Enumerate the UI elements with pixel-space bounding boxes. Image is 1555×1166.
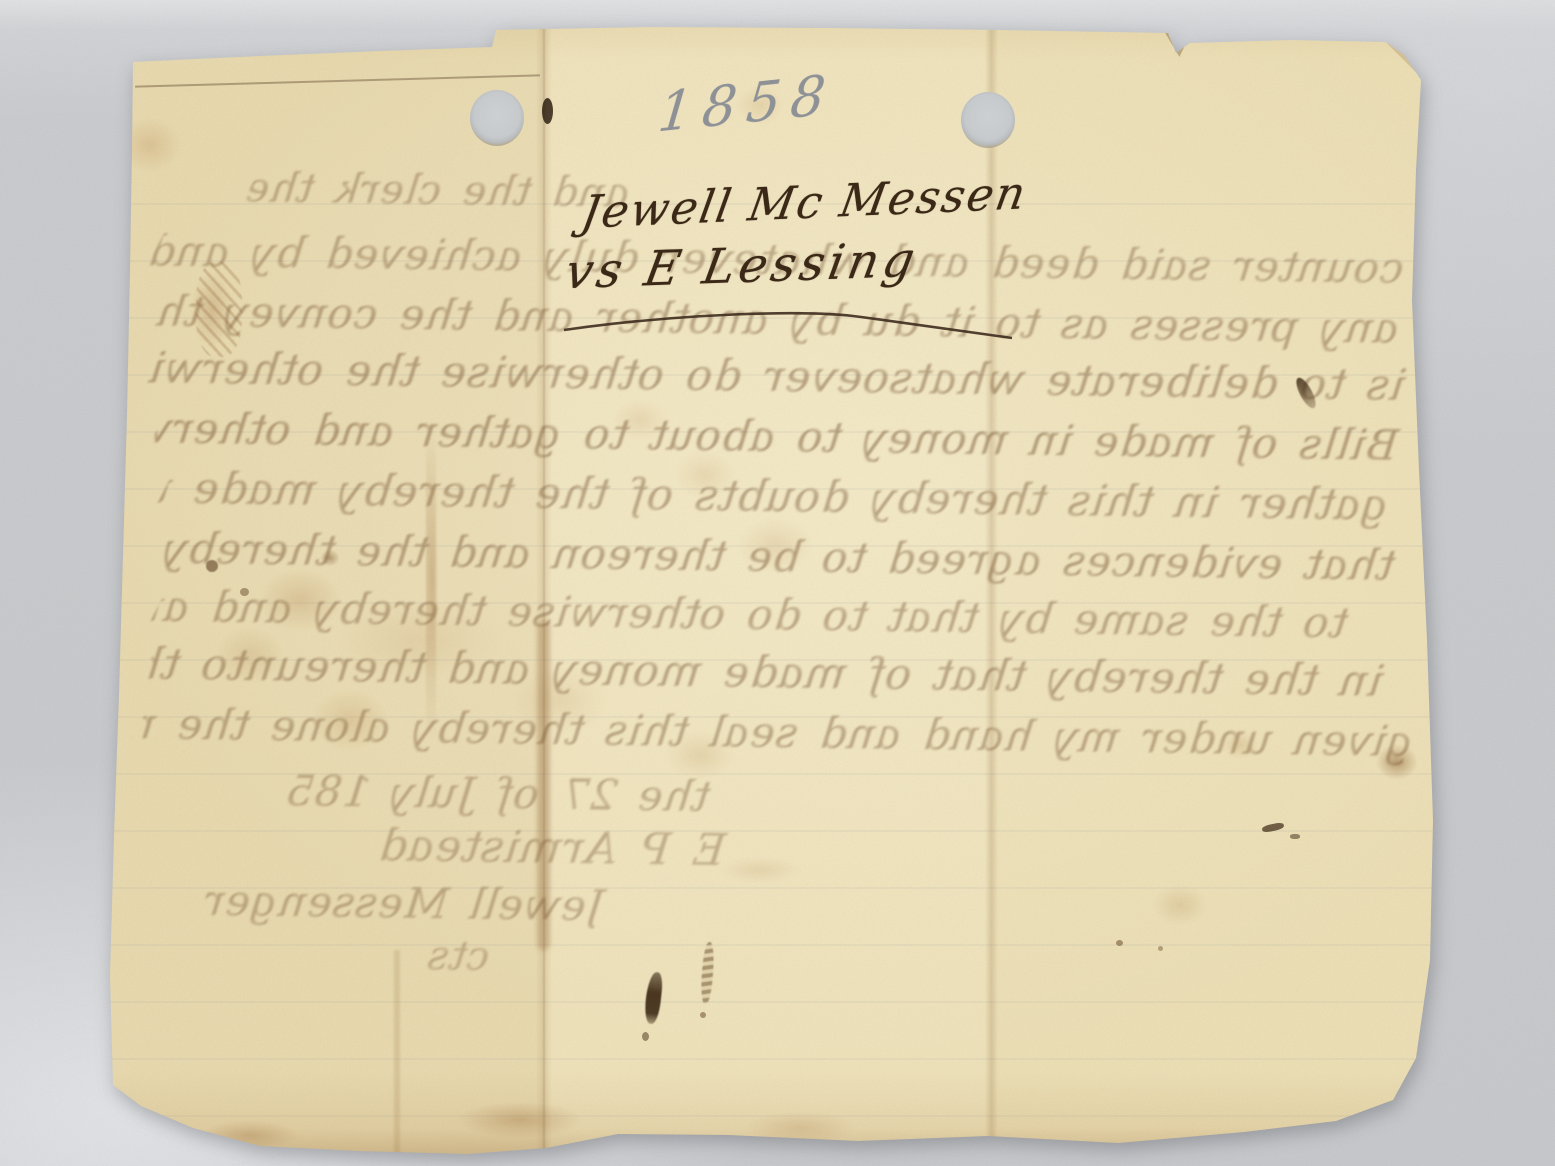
- photo-scene: and the clerk thereof counter said deed …: [0, 0, 1555, 1166]
- document-paper: and the clerk thereof counter said deed …: [0, 0, 1555, 1166]
- punch-hole-left: [470, 90, 524, 146]
- paper-shadow: and the clerk thereof counter said deed …: [0, 0, 1555, 1166]
- punch-hole-right: [961, 92, 1015, 148]
- paper-texture: [0, 0, 1555, 1166]
